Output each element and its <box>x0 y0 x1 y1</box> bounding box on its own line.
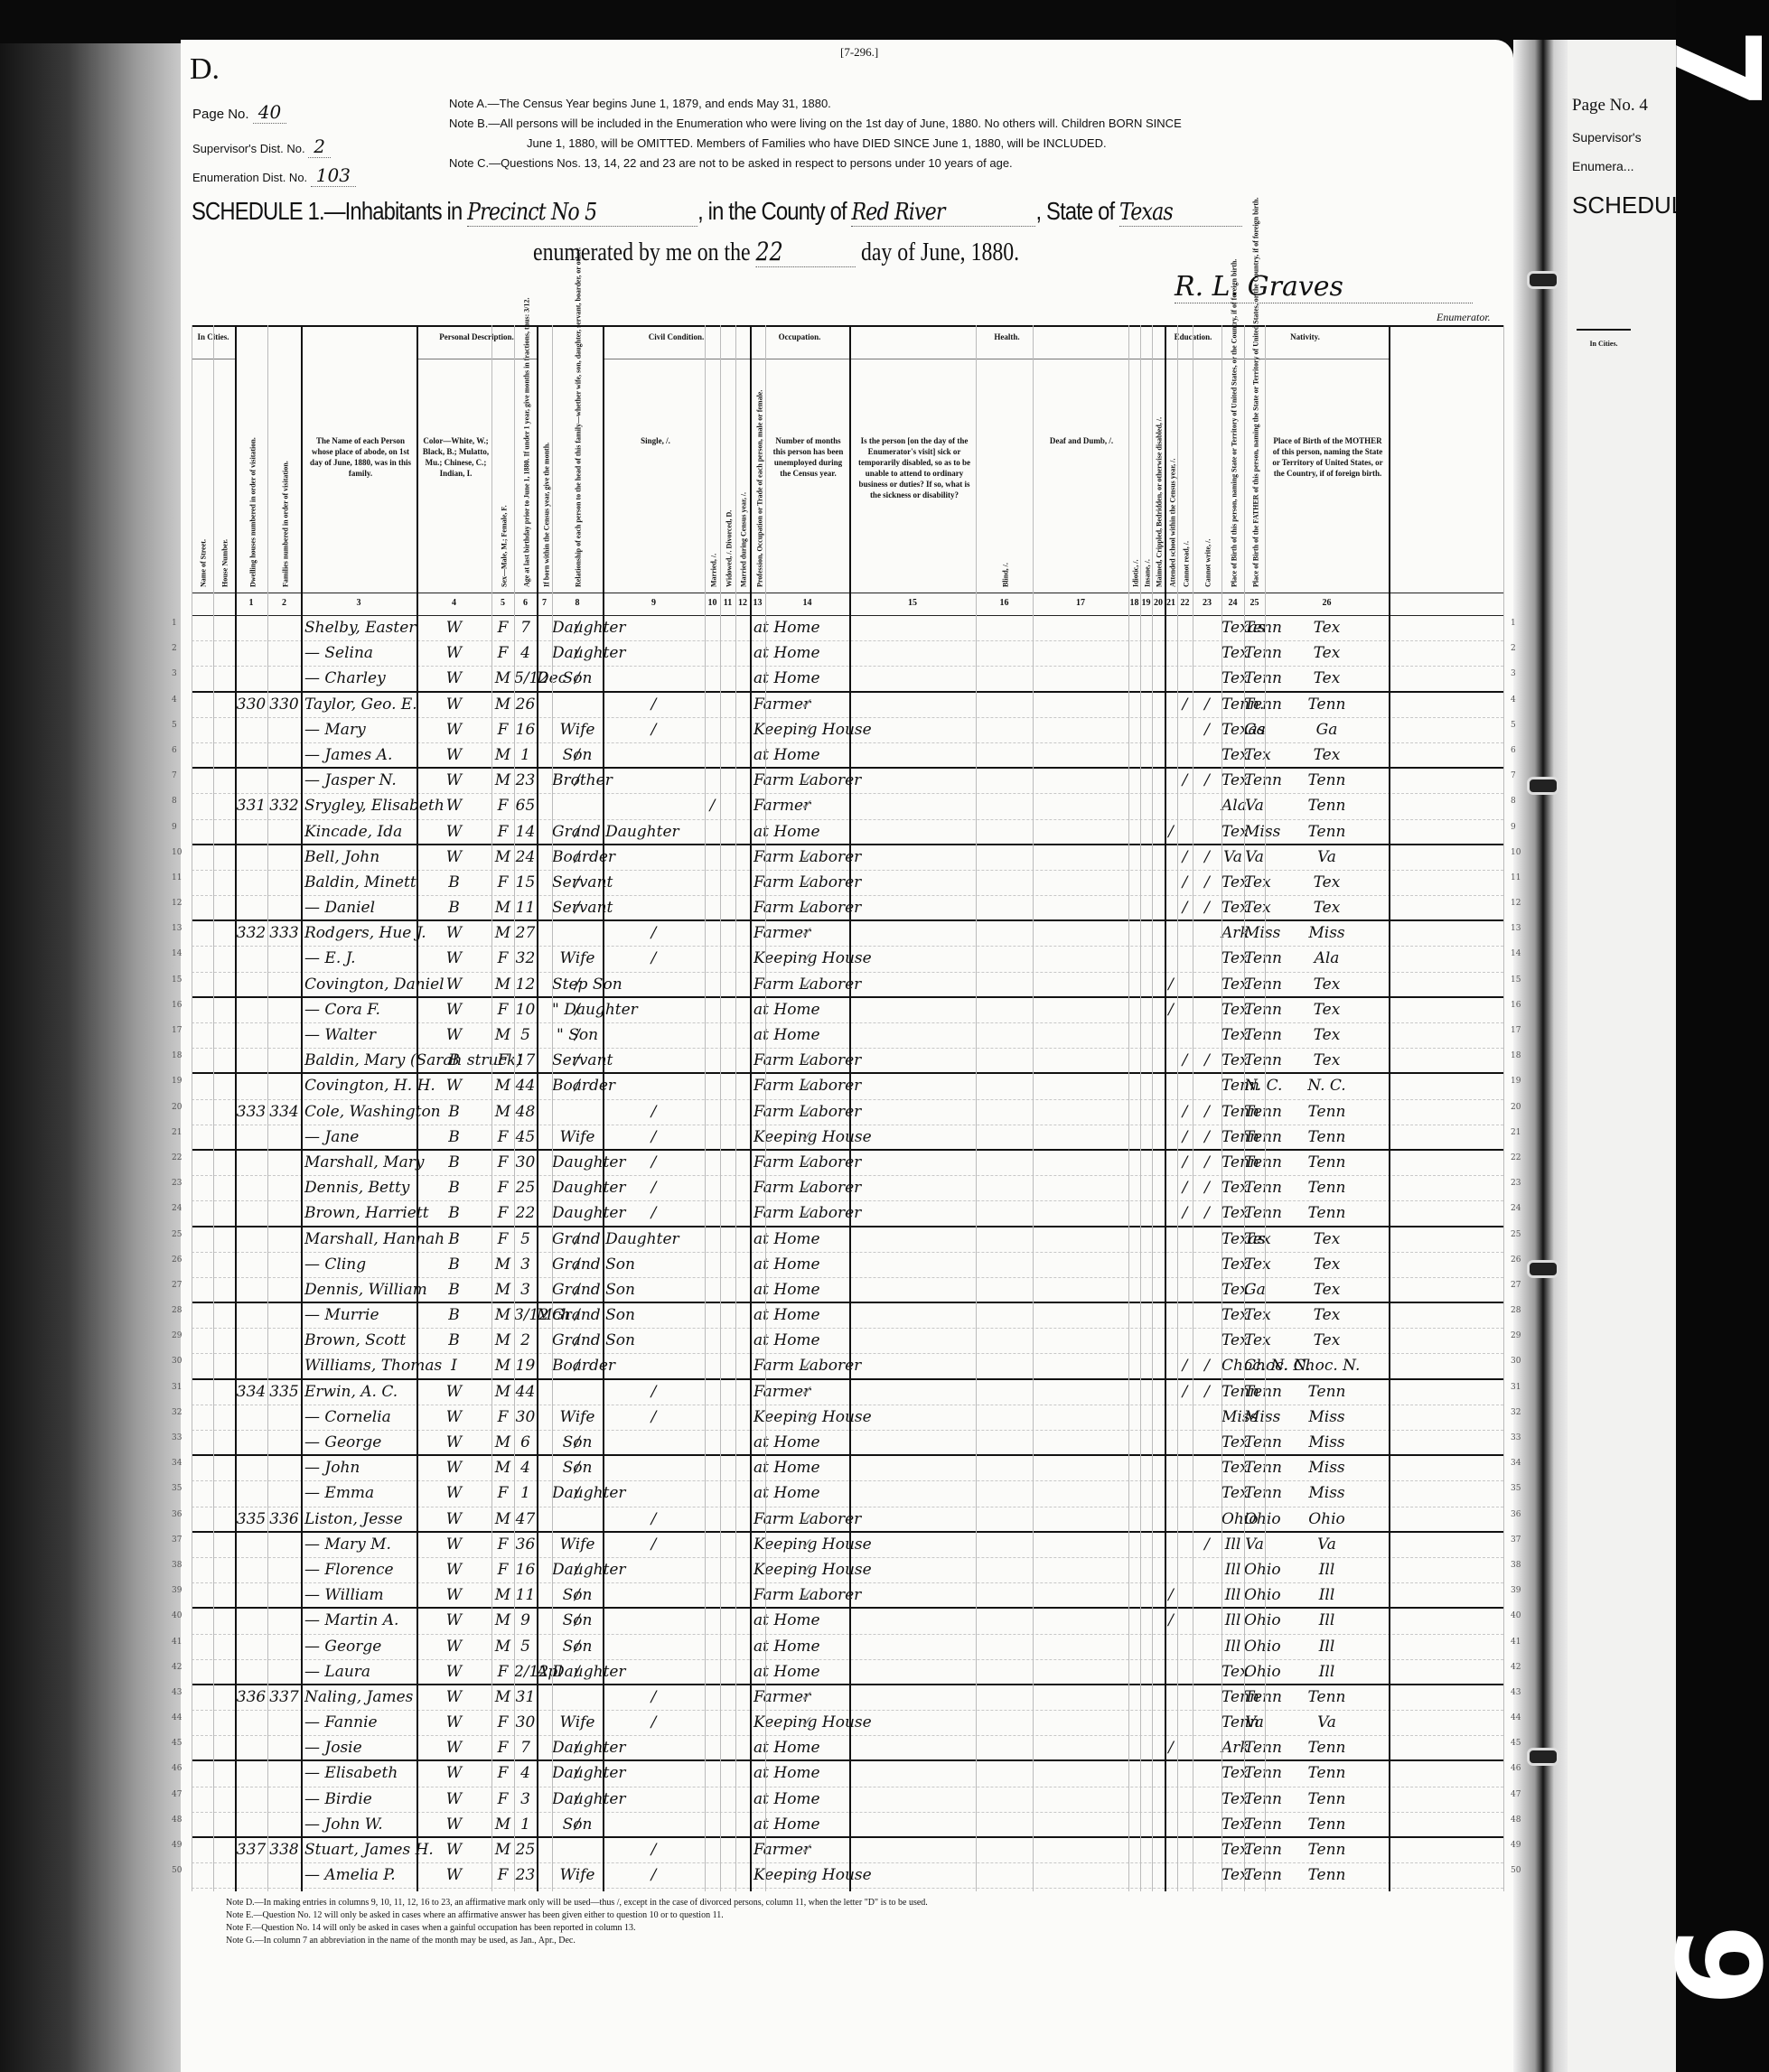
father-birthplace-value: N. C. <box>1244 1077 1265 1095</box>
civil-condition-mark: / <box>552 899 603 917</box>
line-number: 44 <box>172 1713 182 1722</box>
column-rule <box>1244 325 1245 1891</box>
mother-birthplace-value: Tex <box>1265 746 1389 764</box>
color-value: W <box>417 771 491 789</box>
check-mark: ✓ <box>765 924 849 942</box>
table-row: 3232— CorneliaWF30Wife/Keeping House✓Mis… <box>192 1405 1503 1431</box>
table-row: 1919Covington, H. H.WM44Boarder/Farm Lab… <box>192 1074 1503 1099</box>
line-number: 25 <box>1511 1230 1521 1239</box>
check-mark: ✓ <box>765 721 849 739</box>
line-number: 29 <box>172 1331 182 1340</box>
color-value: W <box>417 1841 491 1859</box>
column-header-8: Relationship of each person to the head … <box>552 327 604 593</box>
column-number: 10 <box>708 598 717 608</box>
civil-condition-mark: / <box>552 1357 603 1375</box>
color-value: W <box>417 1561 491 1579</box>
civil-condition-mark: / <box>603 1841 705 1859</box>
birthplace-value: Tex <box>1221 1484 1244 1502</box>
mother-birthplace-value: Tex <box>1265 669 1389 687</box>
line-number: 37 <box>172 1535 182 1545</box>
cannot-write-mark: / <box>1193 1357 1221 1375</box>
cannot-write-mark: / <box>1193 1535 1221 1554</box>
father-birthplace-value: Tenn <box>1244 1128 1265 1146</box>
sex-value: F <box>491 873 514 891</box>
relationship-value: Daughter <box>552 1204 603 1222</box>
table-row: 3737— Mary M.WF36Wife/Keeping House✓/Ill… <box>192 1533 1503 1558</box>
relationship-value: Wife <box>552 721 603 739</box>
line-number: 42 <box>172 1663 182 1672</box>
check-mark: ✓ <box>765 1204 849 1222</box>
cannot-write-mark: / <box>1193 1179 1221 1197</box>
age-value: 19 <box>514 1357 537 1375</box>
father-birthplace-value: Tenn <box>1244 1051 1265 1069</box>
instructions-top: Note A.—The Census Year begins June 1, 1… <box>449 94 1182 173</box>
line-number: 27 <box>1511 1281 1521 1290</box>
column-rule <box>1193 325 1193 1891</box>
birth-month-value: Apl <box>537 1663 552 1681</box>
birthplace-value: Tenn <box>1221 1128 1244 1146</box>
father-birthplace-value: Tenn <box>1244 949 1265 967</box>
person-name: — George <box>304 1638 381 1656</box>
family-number: 335 <box>267 1383 301 1401</box>
sex-value: M <box>491 1815 514 1834</box>
line-number: 41 <box>172 1638 182 1647</box>
age-value: 25 <box>514 1841 537 1859</box>
color-value: W <box>417 1663 491 1681</box>
father-birthplace-value: Tenn <box>1244 1764 1265 1782</box>
age-value: 1 <box>514 1484 537 1502</box>
column-number: 16 <box>1000 598 1009 608</box>
civil-condition-mark: / <box>552 1306 603 1324</box>
cannot-read-mark: / <box>1177 1383 1193 1401</box>
sex-value: F <box>491 1866 514 1884</box>
birthplace-value: Tenn <box>1221 1153 1244 1171</box>
cannot-write-mark: / <box>1193 1051 1221 1069</box>
sex-value: M <box>491 1459 514 1477</box>
check-mark: ✓ <box>765 1713 849 1731</box>
person-name: — Jasper N. <box>304 771 397 789</box>
mother-birthplace-value: Tex <box>1265 899 1389 917</box>
check-mark: ✓ <box>765 1128 849 1146</box>
line-number: 1 <box>172 619 177 628</box>
table-row: 3636335336Liston, JesseWM47/Farm Laborer… <box>192 1507 1503 1533</box>
birth-month-value: Dec <box>537 669 552 687</box>
birthplace-value: Ill <box>1221 1586 1244 1604</box>
mother-birthplace-value: Ill <box>1265 1611 1389 1629</box>
sex-value: M <box>491 1255 514 1274</box>
line-number: 16 <box>1511 1001 1521 1010</box>
column-rule <box>235 325 237 1891</box>
instructions-bottom: Note D.—In making entries in columns 9, … <box>226 1897 928 1947</box>
civil-condition-mark: / <box>705 797 720 815</box>
civil-condition-mark: / <box>552 1764 603 1782</box>
table-row: 4848— John W.WM1Son/at HomeTexTennTenn <box>192 1813 1503 1838</box>
color-value: W <box>417 797 491 815</box>
column-rule <box>552 325 553 1891</box>
birthplace-value: Tex <box>1221 975 1244 994</box>
father-birthplace-value: Va <box>1244 797 1265 815</box>
column-number: 2 <box>282 598 286 608</box>
person-name: — John <box>304 1459 360 1477</box>
mother-birthplace-value: Tenn <box>1265 771 1389 789</box>
film-stamp-top: 7 <box>1648 28 1769 109</box>
table-row: 1111Baldin, MinettBF15Servant/Farm Labor… <box>192 871 1503 896</box>
film-border <box>1676 0 1769 2072</box>
sex-value: F <box>491 1484 514 1502</box>
dwelling-number: 333 <box>235 1103 267 1121</box>
dwelling-number: 330 <box>235 695 267 714</box>
birthplace-value: Texas <box>1221 619 1244 637</box>
relationship-value: Wife <box>552 949 603 967</box>
birthplace-value: Choc. N. <box>1221 1357 1244 1375</box>
line-number: 43 <box>172 1688 182 1697</box>
note-a: Note A.—The Census Year begins June 1, 1… <box>449 94 1182 114</box>
age-value: 3 <box>514 1255 537 1274</box>
color-value: B <box>417 1204 491 1222</box>
line-number: 45 <box>1511 1739 1521 1748</box>
age-value: 44 <box>514 1077 537 1095</box>
family-number: 333 <box>267 924 301 942</box>
line-number: 19 <box>1511 1077 1521 1086</box>
person-name: — Elisabeth <box>304 1764 398 1782</box>
father-birthplace-value: Tenn <box>1244 975 1265 994</box>
mother-birthplace-value: Tenn <box>1265 823 1389 841</box>
birthplace-value: Tex <box>1221 644 1244 662</box>
column-header-label: Attended school within the Census year, … <box>1169 459 1177 587</box>
birthplace-value: Tex <box>1221 1281 1244 1299</box>
line-number: 46 <box>172 1764 182 1773</box>
attended-school-mark: / <box>1165 1001 1177 1019</box>
birthplace-value: Tex <box>1221 1663 1244 1681</box>
father-birthplace-value: Tex <box>1244 1331 1265 1349</box>
father-birthplace-value: Tenn <box>1244 1484 1265 1502</box>
column-header-15: Is the person [on the day of the Enumera… <box>849 327 978 593</box>
cannot-write-mark: / <box>1193 1103 1221 1121</box>
civil-condition-mark: / <box>603 1408 705 1426</box>
mother-birthplace-value: Choc. N. <box>1265 1357 1389 1375</box>
mother-birthplace-value: Ill <box>1265 1638 1389 1656</box>
birthplace-value: Tex <box>1221 1433 1244 1451</box>
color-value: W <box>417 848 491 866</box>
mother-birthplace-value: Tex <box>1265 1001 1389 1019</box>
father-birthplace-value: Tenn <box>1244 644 1265 662</box>
color-value: W <box>417 1713 491 1731</box>
line-number: 28 <box>172 1306 182 1315</box>
civil-condition-mark: / <box>552 644 603 662</box>
note-c: Note C.—Questions Nos. 13, 14, 22 and 23… <box>449 154 1182 173</box>
line-number: 30 <box>172 1357 182 1366</box>
line-number: 50 <box>1511 1866 1521 1875</box>
birthplace-value: Ill <box>1221 1611 1244 1629</box>
civil-condition-mark: / <box>552 1230 603 1248</box>
person-name: — James A. <box>304 746 392 764</box>
civil-condition-mark: / <box>603 1510 705 1528</box>
column-rule <box>1389 325 1390 1891</box>
mother-birthplace-value: Tenn <box>1265 1688 1389 1706</box>
sex-value: M <box>491 1433 514 1451</box>
cannot-write-mark: / <box>1193 771 1221 789</box>
civil-condition-mark: / <box>552 1281 603 1299</box>
person-name: — Mary M. <box>304 1535 391 1554</box>
column-rule <box>976 325 977 1891</box>
birthplace-value: Tex <box>1221 1001 1244 1019</box>
line-number: 12 <box>1511 899 1521 908</box>
check-mark: ✓ <box>765 949 849 967</box>
column-number: 24 <box>1229 598 1238 608</box>
civil-condition-mark: / <box>603 949 705 967</box>
occupation-value: at Home <box>753 1815 820 1834</box>
sex-value: M <box>491 899 514 917</box>
person-name: Liston, Jesse <box>304 1510 403 1528</box>
father-birthplace-value: Tex <box>1244 873 1265 891</box>
father-birthplace-value: Tenn <box>1244 1815 1265 1834</box>
column-number: 3 <box>357 598 361 608</box>
table-row: 4949337338Stuart, James H.WM25/Farmer✓Te… <box>192 1838 1503 1863</box>
age-value: 27 <box>514 924 537 942</box>
column-header-label: Number of months this person has been un… <box>770 435 847 479</box>
column-header-label: Color—White, W.; Black, B.; Mulatto, Mu.… <box>422 435 490 479</box>
column-number: 22 <box>1181 598 1190 608</box>
column-number: 4 <box>452 598 456 608</box>
line-number: 8 <box>1511 797 1516 806</box>
line-number: 44 <box>1511 1713 1521 1722</box>
book-edge <box>0 0 194 2072</box>
age-value: 30 <box>514 1713 537 1731</box>
table-row: 2424Brown, HarriettBF22Daughter/Farm Lab… <box>192 1201 1503 1227</box>
column-header-25: Place of Birth of the FATHER of this per… <box>1244 327 1266 593</box>
sex-value: M <box>491 1077 514 1095</box>
line-number: 38 <box>1511 1561 1521 1570</box>
column-header-10: Married, /. <box>705 327 721 593</box>
line-number: 50 <box>172 1866 182 1875</box>
age-value: 1 <box>514 1815 537 1834</box>
column-header-label: Insane, /. <box>1143 559 1151 587</box>
relationship-value: Wife <box>552 1866 603 1884</box>
column-number: 21 <box>1166 598 1175 608</box>
film-stamp-bottom: 9 <box>1648 1925 1769 2006</box>
table-row: 2020333334Cole, WashingtonBM48/Farm Labo… <box>192 1100 1503 1125</box>
table-row: 1515Covington, DanielWM12Step Son/Farm L… <box>192 973 1503 998</box>
table-row: 4747— BirdieWF3Daughter/at HomeTexTennTe… <box>192 1787 1503 1813</box>
column-number: 7 <box>542 598 547 608</box>
age-value: 9 <box>514 1611 537 1629</box>
line-number: 37 <box>1511 1535 1521 1545</box>
birthplace-value: Ohio <box>1221 1510 1244 1528</box>
birthplace-value: Tenn <box>1221 1688 1244 1706</box>
birthplace-value: Texas <box>1221 721 1244 739</box>
civil-condition-mark: / <box>552 1331 603 1349</box>
line-number: 48 <box>172 1815 182 1825</box>
father-birthplace-value: Tex <box>1244 746 1265 764</box>
cannot-read-mark: / <box>1177 1357 1193 1375</box>
age-value: 4 <box>514 1764 537 1782</box>
group-header-health: Health. <box>849 327 1165 359</box>
father-birthplace-value: Tenn <box>1244 1790 1265 1808</box>
mother-birthplace-value: Ill <box>1265 1561 1389 1579</box>
age-value: 3/12 <box>514 1306 537 1324</box>
table-row: 4343336337Naling, JamesWM31/Farmer✓TennT… <box>192 1685 1503 1711</box>
birthplace-value: Tex <box>1221 823 1244 841</box>
column-rule <box>417 325 418 1891</box>
father-birthplace-value: Tenn <box>1244 771 1265 789</box>
age-value: 4 <box>514 1459 537 1477</box>
birthplace-value: Tex <box>1221 1179 1244 1197</box>
person-name: — Walter <box>304 1026 376 1044</box>
column-rule <box>192 325 192 1891</box>
line-number: 18 <box>1511 1051 1521 1060</box>
check-mark: ✓ <box>765 1866 849 1884</box>
father-birthplace-value: Ga <box>1244 721 1265 739</box>
table-row: 55— MaryWF16Wife/Keeping House✓/TexasGaG… <box>192 718 1503 743</box>
line-number: 18 <box>172 1051 182 1060</box>
person-name: — Birdie <box>304 1790 372 1808</box>
supervisor-district-field: Supervisor's Dist. No. 2 <box>192 135 331 157</box>
civil-condition-mark: / <box>603 1103 705 1121</box>
civil-condition-mark: / <box>552 1815 603 1834</box>
check-mark: ✓ <box>765 1510 849 1528</box>
color-value: B <box>417 1128 491 1146</box>
person-name: Brown, Scott <box>304 1331 406 1349</box>
line-number: 32 <box>172 1408 182 1417</box>
line-number: 39 <box>1511 1586 1521 1595</box>
occupation-value: at Home <box>753 1638 820 1656</box>
column-header-label: Place of Birth of this person, naming St… <box>1230 259 1238 587</box>
sex-value: M <box>491 1026 514 1044</box>
color-value: W <box>417 669 491 687</box>
civil-condition-mark: / <box>552 771 603 789</box>
cannot-write-mark: / <box>1193 695 1221 714</box>
mother-birthplace-value: Tex <box>1265 1026 1389 1044</box>
column-header-label: Place of Birth of the FATHER of this per… <box>1251 198 1259 587</box>
age-value: 17 <box>514 1051 537 1069</box>
color-value: W <box>417 1535 491 1554</box>
table-row: 4646— ElisabethWF4Daughter/at HomeTexTen… <box>192 1761 1503 1787</box>
occupation-value: at Home <box>753 1001 820 1019</box>
civil-condition-mark: / <box>552 975 603 994</box>
person-name: — John W. <box>304 1815 383 1834</box>
civil-condition-mark: / <box>603 1535 705 1554</box>
person-name: — Fannie <box>304 1713 378 1731</box>
line-number: 23 <box>1511 1179 1521 1188</box>
relationship-value: Daughter <box>552 1153 603 1171</box>
column-header-23: Cannot write, /. <box>1193 327 1222 593</box>
line-number: 24 <box>1511 1204 1521 1213</box>
table-header: Name of Street.House Number.Dwelling hou… <box>192 327 1503 593</box>
line-number: 28 <box>1511 1306 1521 1315</box>
mother-birthplace-value: Tex <box>1265 619 1389 637</box>
check-mark: ✓ <box>765 695 849 714</box>
father-birthplace-value: Tenn <box>1244 1688 1265 1706</box>
sex-value: F <box>491 1790 514 1808</box>
column-header-22: Cannot read, /. <box>1177 327 1193 593</box>
father-birthplace-value: Tenn <box>1244 1103 1265 1121</box>
check-mark: ✓ <box>765 975 849 994</box>
enumeration-district-value: 103 <box>311 164 356 187</box>
check-mark: ✓ <box>765 797 849 815</box>
column-rule <box>1165 325 1166 1891</box>
check-mark: ✓ <box>765 1561 849 1579</box>
family-number: 337 <box>267 1688 301 1706</box>
sex-value: F <box>491 1561 514 1579</box>
relationship-value: Daughter <box>552 1179 603 1197</box>
line-number: 36 <box>172 1510 182 1519</box>
dwelling-number: 336 <box>235 1688 267 1706</box>
cannot-read-mark: / <box>1177 695 1193 714</box>
table-row: 2929Brown, ScottBM2Grand Son/at HomeTexT… <box>192 1329 1503 1354</box>
mother-birthplace-value: Tex <box>1265 1331 1389 1349</box>
mother-birthplace-value: Miss <box>1265 1433 1389 1451</box>
sex-value: F <box>491 1764 514 1782</box>
sex-value: F <box>491 1204 514 1222</box>
column-number: 15 <box>908 598 917 608</box>
birthplace-value: Tex <box>1221 746 1244 764</box>
birthplace-value: Tenn. <box>1221 695 1244 714</box>
mother-birthplace-value: Tenn <box>1265 1815 1389 1834</box>
person-name: Baldin, Minett <box>304 873 417 891</box>
line-number: 9 <box>1511 823 1516 832</box>
person-name: Kincade, Ida <box>304 823 402 841</box>
column-rule <box>213 325 214 1891</box>
civil-condition-mark: / <box>603 1383 705 1401</box>
birthplace-value: Tex <box>1221 1026 1244 1044</box>
person-name: — William <box>304 1586 384 1604</box>
column-rule <box>267 325 268 1891</box>
line-number: 41 <box>1511 1638 1521 1647</box>
table-row: 4242— LauraWF2/12AplDaughter/at HomeTexO… <box>192 1660 1503 1685</box>
line-number: 10 <box>172 848 182 857</box>
table-row: 3535— EmmaWF1Daughter/at HomeTexTennMiss <box>192 1481 1503 1507</box>
person-name: — Emma <box>304 1484 374 1502</box>
occupation-value: at Home <box>753 1306 820 1324</box>
civil-condition-mark: / <box>552 848 603 866</box>
column-header-label: Maimed, Crippled, Bedridden, or otherwis… <box>1156 417 1164 587</box>
color-value: B <box>417 899 491 917</box>
father-birthplace-value: Miss <box>1244 924 1265 942</box>
father-birthplace-value: Ga <box>1244 1281 1265 1299</box>
enumeration-day: 22 <box>756 237 856 267</box>
person-name: — Selina <box>304 644 373 662</box>
check-mark: ✓ <box>765 873 849 891</box>
civil-condition-mark: / <box>552 1001 603 1019</box>
line-number: 47 <box>172 1790 182 1799</box>
color-value: W <box>417 975 491 994</box>
check-mark: ✓ <box>765 1408 849 1426</box>
age-value: 5/12 <box>514 669 537 687</box>
mother-birthplace-value: Tenn <box>1265 1383 1389 1401</box>
color-value: W <box>417 619 491 637</box>
birthplace-value: Tex <box>1221 899 1244 917</box>
father-birthplace-value: Tenn <box>1244 1153 1265 1171</box>
line-number: 4 <box>1511 695 1516 705</box>
column-rule <box>514 325 515 1891</box>
birthplace-value: Tenn <box>1221 1077 1244 1095</box>
note-b: Note B.—All persons will be included in … <box>449 114 1182 134</box>
group-header-personal: Personal Description. <box>417 327 537 359</box>
birthplace-value: Tex <box>1221 1866 1244 1884</box>
cannot-read-mark: / <box>1177 1103 1193 1121</box>
check-mark: ✓ <box>765 1586 849 1604</box>
adjacent-enumeration: Enumera... <box>1572 159 1633 173</box>
column-header-label: Married during Census year, /. <box>740 492 748 587</box>
check-mark: ✓ <box>765 1153 849 1171</box>
place-value: Precinct No 5 <box>467 199 697 227</box>
line-number: 31 <box>1511 1383 1521 1392</box>
table-row: 1212— DanielBM11Servant/Farm Laborer✓//T… <box>192 896 1503 921</box>
color-value: W <box>417 1586 491 1604</box>
check-mark: ✓ <box>765 1051 849 1069</box>
father-birthplace-value: Ohio <box>1244 1561 1265 1579</box>
column-header-16: Blind, /. <box>976 327 1034 593</box>
